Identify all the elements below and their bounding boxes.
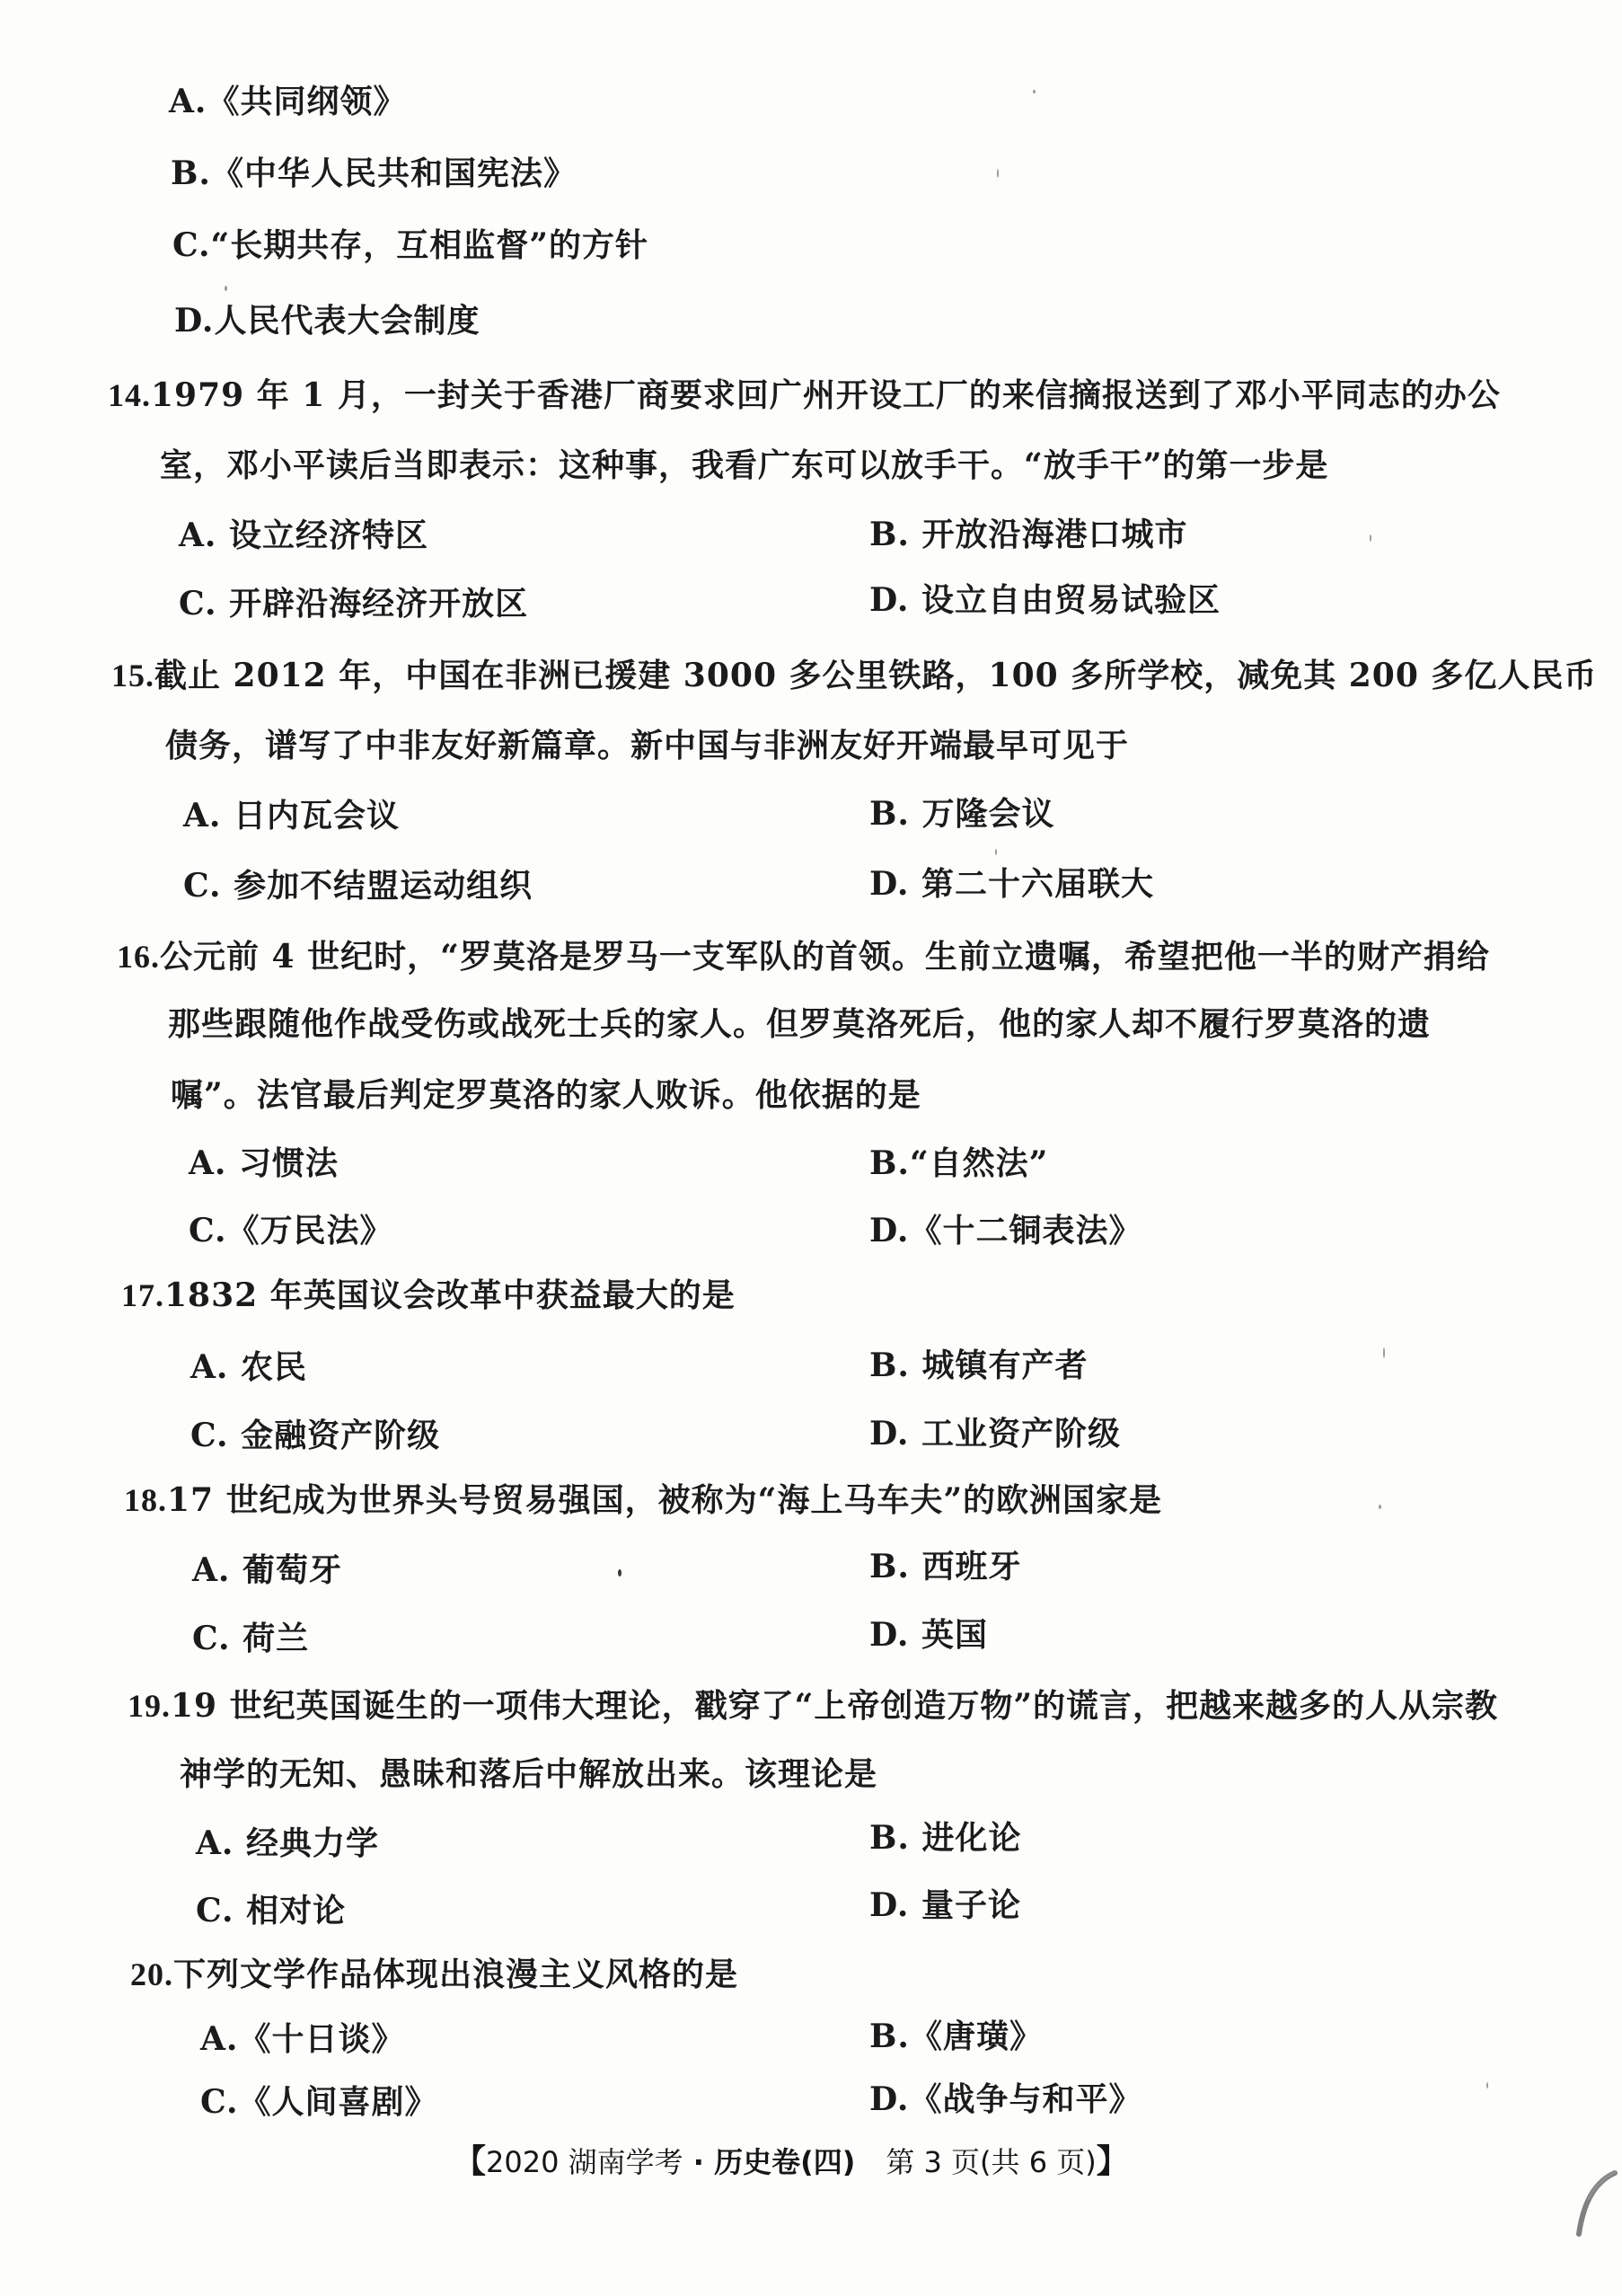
page-footer: 【2020 湖南学考 · 历史卷(四)第 3 页(共 6 页)】 (454, 2143, 1129, 2181)
q19-option-b: B. 进化论 (869, 1818, 1022, 1858)
question-16-line-2: 那些跟随他作战受伤或战死士兵的家人。但罗莫洛死后，他的家人却不履行罗莫洛的遗 (168, 1004, 1431, 1044)
q20-option-c: C.《人间喜剧》 (200, 2082, 438, 2122)
q14-option-c: C. 开辟沿海经济开放区 (179, 584, 528, 623)
question-15-text-1: 截止 2012 年，中国在非洲已援建 3000 多公里铁路，100 多所学校，减… (154, 657, 1597, 694)
scan-speck (229, 101, 232, 103)
q13-option-d: D.人民代表大会制度 (174, 301, 480, 340)
scan-speck (1486, 2082, 1488, 2088)
question-14-line-1: 14.1979 年 1 月，一封关于香港厂商要求回广州开设工厂的来信摘报送到了邓… (108, 375, 1501, 415)
footer-close-bracket: 】 (1097, 2143, 1129, 2180)
q17-option-b: B. 城镇有产者 (869, 1346, 1089, 1385)
q13-option-b: B.《中华人民共和国宪法》 (171, 154, 577, 193)
question-15-line-1: 15.截止 2012 年，中国在非洲已援建 3000 多公里铁路，100 多所学… (111, 656, 1597, 695)
scan-speck (1033, 90, 1036, 93)
question-19-number: 19. (128, 1688, 171, 1724)
q20-option-d: D.《战争与和平》 (869, 2080, 1142, 2119)
q18-option-c: C. 荷兰 (192, 1619, 309, 1658)
question-15-number: 15. (111, 658, 154, 693)
q17-option-c: C. 金融资产阶级 (190, 1416, 440, 1455)
question-16-number: 16. (117, 939, 160, 975)
q15-option-a: A. 日内瓦会议 (183, 796, 400, 835)
q16-option-a: A. 习惯法 (189, 1144, 339, 1183)
q16-option-c: C.《万民法》 (189, 1211, 393, 1250)
q16-option-d: D.《十二铜表法》 (869, 1211, 1142, 1250)
scan-speck (225, 286, 227, 291)
q15-option-c: C. 参加不结盟运动组织 (183, 866, 533, 905)
question-18-line-1: 18.17 世纪成为世界头号贸易强国，被称为“海上马车夫”的欧洲国家是 (124, 1480, 1162, 1520)
question-20-line-1: 20.下列文学作品体现出浪漫主义风格的是 (130, 1955, 738, 1994)
question-16-line-3: 嘱”。法官最后判定罗莫洛的家人败诉。他依据的是 (171, 1075, 921, 1115)
scan-speck (1370, 534, 1371, 542)
q14-option-d: D. 设立自由贸易试验区 (869, 580, 1221, 620)
scan-speck (995, 849, 997, 855)
q13-option-a: A.《共同纲领》 (169, 82, 406, 121)
q15-option-d: D. 第二十六届联大 (869, 864, 1154, 904)
q17-option-d: D. 工业资产阶级 (869, 1414, 1121, 1453)
footer-page-number: 第 3 页(共 6 页) (886, 2145, 1096, 2179)
q19-option-a: A. 经典力学 (196, 1824, 379, 1863)
question-19-line-1: 19.19 世纪英国诞生的一项伟大理论，戳穿了“上帝创造万物”的谎言，把越来越多… (128, 1686, 1498, 1726)
question-14-text-1: 1979 年 1 月，一封关于香港厂商要求回广州开设工厂的来信摘报送到了邓小平同… (151, 376, 1501, 414)
q15-option-b: B. 万隆会议 (869, 794, 1055, 834)
q19-option-c: C. 相对论 (196, 1891, 346, 1930)
question-14-line-2: 室，邓小平读后当即表示：这种事，我看广东可以放手干。“放手干”的第一步是 (160, 446, 1328, 485)
question-19-line-2: 神学的无知、愚昧和落后中解放出来。该理论是 (180, 1754, 877, 1794)
q18-option-a: A. 葡萄牙 (192, 1550, 342, 1590)
scan-speck (1383, 1347, 1385, 1358)
footer-open-bracket: 【 (454, 2143, 486, 2180)
q20-option-b: B.《唐璜》 (869, 2017, 1043, 2056)
footer-exam-name: 2020 湖南学考 (486, 2145, 683, 2179)
question-19-text-1: 19 世纪英国诞生的一项伟大理论，戳穿了“上帝创造万物”的谎言，把越来越多的人从… (171, 1687, 1498, 1725)
q18-option-d: D. 英国 (869, 1615, 988, 1655)
q19-option-d: D. 量子论 (869, 1885, 1021, 1925)
scan-speck (997, 169, 999, 178)
footer-paper-title: 历史卷(四) (714, 2145, 855, 2179)
question-16-line-1: 16.公元前 4 世纪时，“罗莫洛是罗马一支军队的首领。生前立遗嘱，希望把他一半… (117, 937, 1490, 976)
question-15-line-2: 债务，谱写了中非友好新篇章。新中国与非洲友好开端最早可见于 (165, 726, 1129, 765)
q17-option-a: A. 农民 (190, 1347, 307, 1387)
q14-option-a: A. 设立经济特区 (179, 516, 428, 555)
q16-option-b: B.“自然法” (869, 1144, 1048, 1183)
question-18-text-1: 17 世纪成为世界头号贸易强国，被称为“海上马车夫”的欧洲国家是 (167, 1481, 1162, 1519)
scan-mark-icon (1563, 2160, 1622, 2241)
question-14-number: 14. (108, 377, 151, 413)
q20-option-a: A.《十日谈》 (200, 2019, 404, 2059)
question-16-text-1: 公元前 4 世纪时，“罗莫洛是罗马一支军队的首领。生前立遗嘱，希望把他一半的财产… (160, 938, 1490, 976)
exam-page: A.《共同纲领》 B.《中华人民共和国宪法》 C.“长期共存，互相监督”的方针 … (0, 0, 1622, 2296)
scan-speck (618, 1569, 621, 1576)
q13-option-c: C.“长期共存，互相监督”的方针 (172, 225, 648, 265)
question-20-number: 20. (130, 1956, 173, 1992)
scan-speck (1379, 1505, 1381, 1509)
footer-separator: · (683, 2145, 714, 2179)
question-17-number: 17. (121, 1277, 164, 1313)
question-17-line-1: 17.1832 年英国议会改革中获益最大的是 (121, 1276, 736, 1315)
question-20-text-1: 下列文学作品体现出浪漫主义风格的是 (173, 1956, 738, 1993)
question-17-text-1: 1832 年英国议会改革中获益最大的是 (164, 1276, 736, 1314)
q18-option-b: B. 西班牙 (869, 1547, 1022, 1586)
q14-option-b: B. 开放沿海港口城市 (869, 515, 1188, 554)
question-18-number: 18. (124, 1482, 167, 1518)
